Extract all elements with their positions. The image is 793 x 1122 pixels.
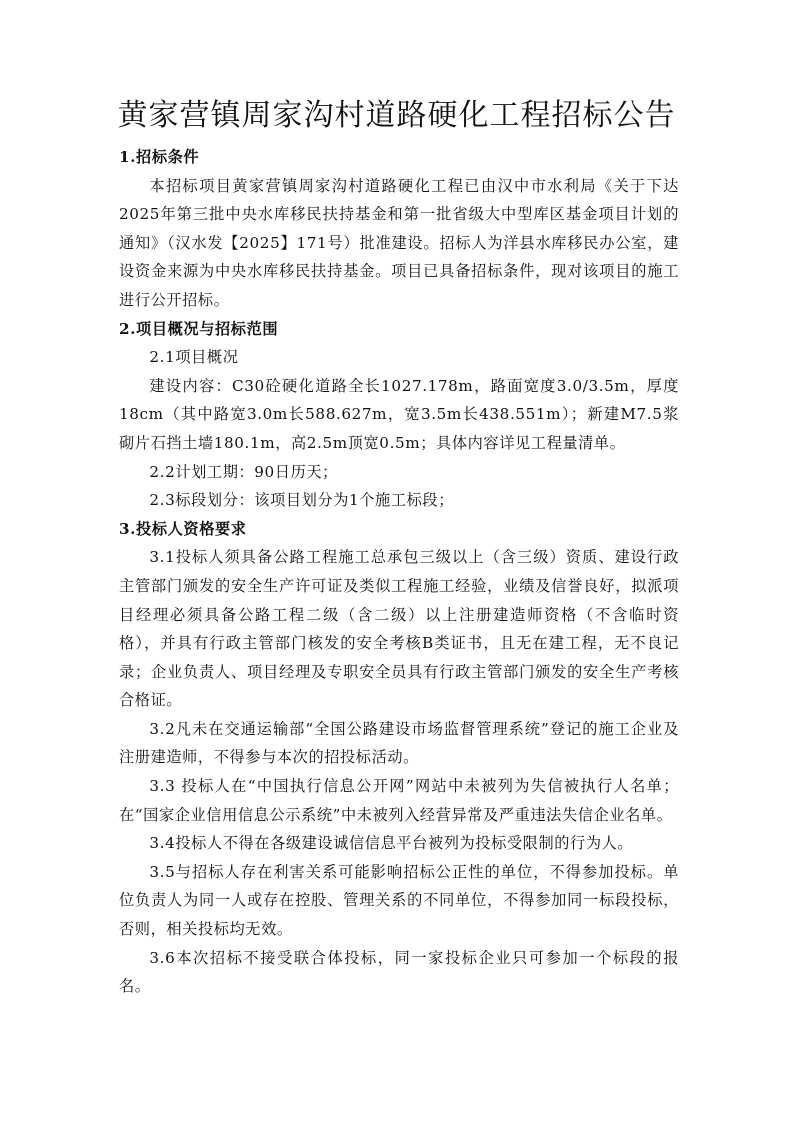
- paragraph: 3.6本次招标不接受联合体投标，同一家投标企业只可参加一个标段的报名。: [119, 944, 679, 1001]
- paragraph: 3.4投标人不得在各级建设诚信信息平台被列为投标受限制的行为人。: [119, 829, 679, 858]
- paragraph: 2.2计划工期：90日历天；: [119, 458, 679, 487]
- paragraph: 2.3标段划分：该项目划分为1个施工标段；: [119, 486, 679, 515]
- subsection-heading: 2.1项目概况: [119, 343, 679, 372]
- document-page: 黄家营镇周家沟村道路硬化工程招标公告 1.招标条件 本招标项目黄家营镇周家沟村道…: [0, 0, 793, 1122]
- paragraph: 3.3 投标人在“中国执行信息公开网”网站中未被列为失信被执行人名单；在“国家企…: [119, 772, 679, 829]
- document-title: 黄家营镇周家沟村道路硬化工程招标公告: [0, 96, 793, 136]
- section-bidder-qualifications: 3.投标人资格要求 3.1投标人须具备公路工程施工总承包三级以上（含三级）资质、…: [119, 515, 679, 1001]
- section-heading: 2.项目概况与招标范围: [119, 315, 679, 344]
- section-heading: 3.投标人资格要求: [119, 515, 679, 544]
- paragraph: 3.1投标人须具备公路工程施工总承包三级以上（含三级）资质、建设行政主管部门颁发…: [119, 543, 679, 715]
- paragraph: 3.2凡未在交通运输部“全国公路建设市场监督管理系统”登记的施工企业及注册建造师…: [119, 715, 679, 772]
- document-body: 1.招标条件 本招标项目黄家营镇周家沟村道路硬化工程已由汉中市水利局《关于下达2…: [119, 143, 679, 1001]
- paragraph: 3.5与招标人存在利害关系可能影响招标公正性的单位，不得参加投标。单位负责人为同…: [119, 858, 679, 944]
- section-project-overview: 2.项目概况与招标范围 2.1项目概况 建设内容：C30砼硬化道路全长1027.…: [119, 315, 679, 515]
- paragraph: 建设内容：C30砼硬化道路全长1027.178m，路面宽度3.0/3.5m，厚度…: [119, 372, 679, 458]
- section-heading: 1.招标条件: [119, 143, 679, 172]
- paragraph: 本招标项目黄家营镇周家沟村道路硬化工程已由汉中市水利局《关于下达2025年第三批…: [119, 172, 679, 315]
- section-bidding-conditions: 1.招标条件 本招标项目黄家营镇周家沟村道路硬化工程已由汉中市水利局《关于下达2…: [119, 143, 679, 315]
